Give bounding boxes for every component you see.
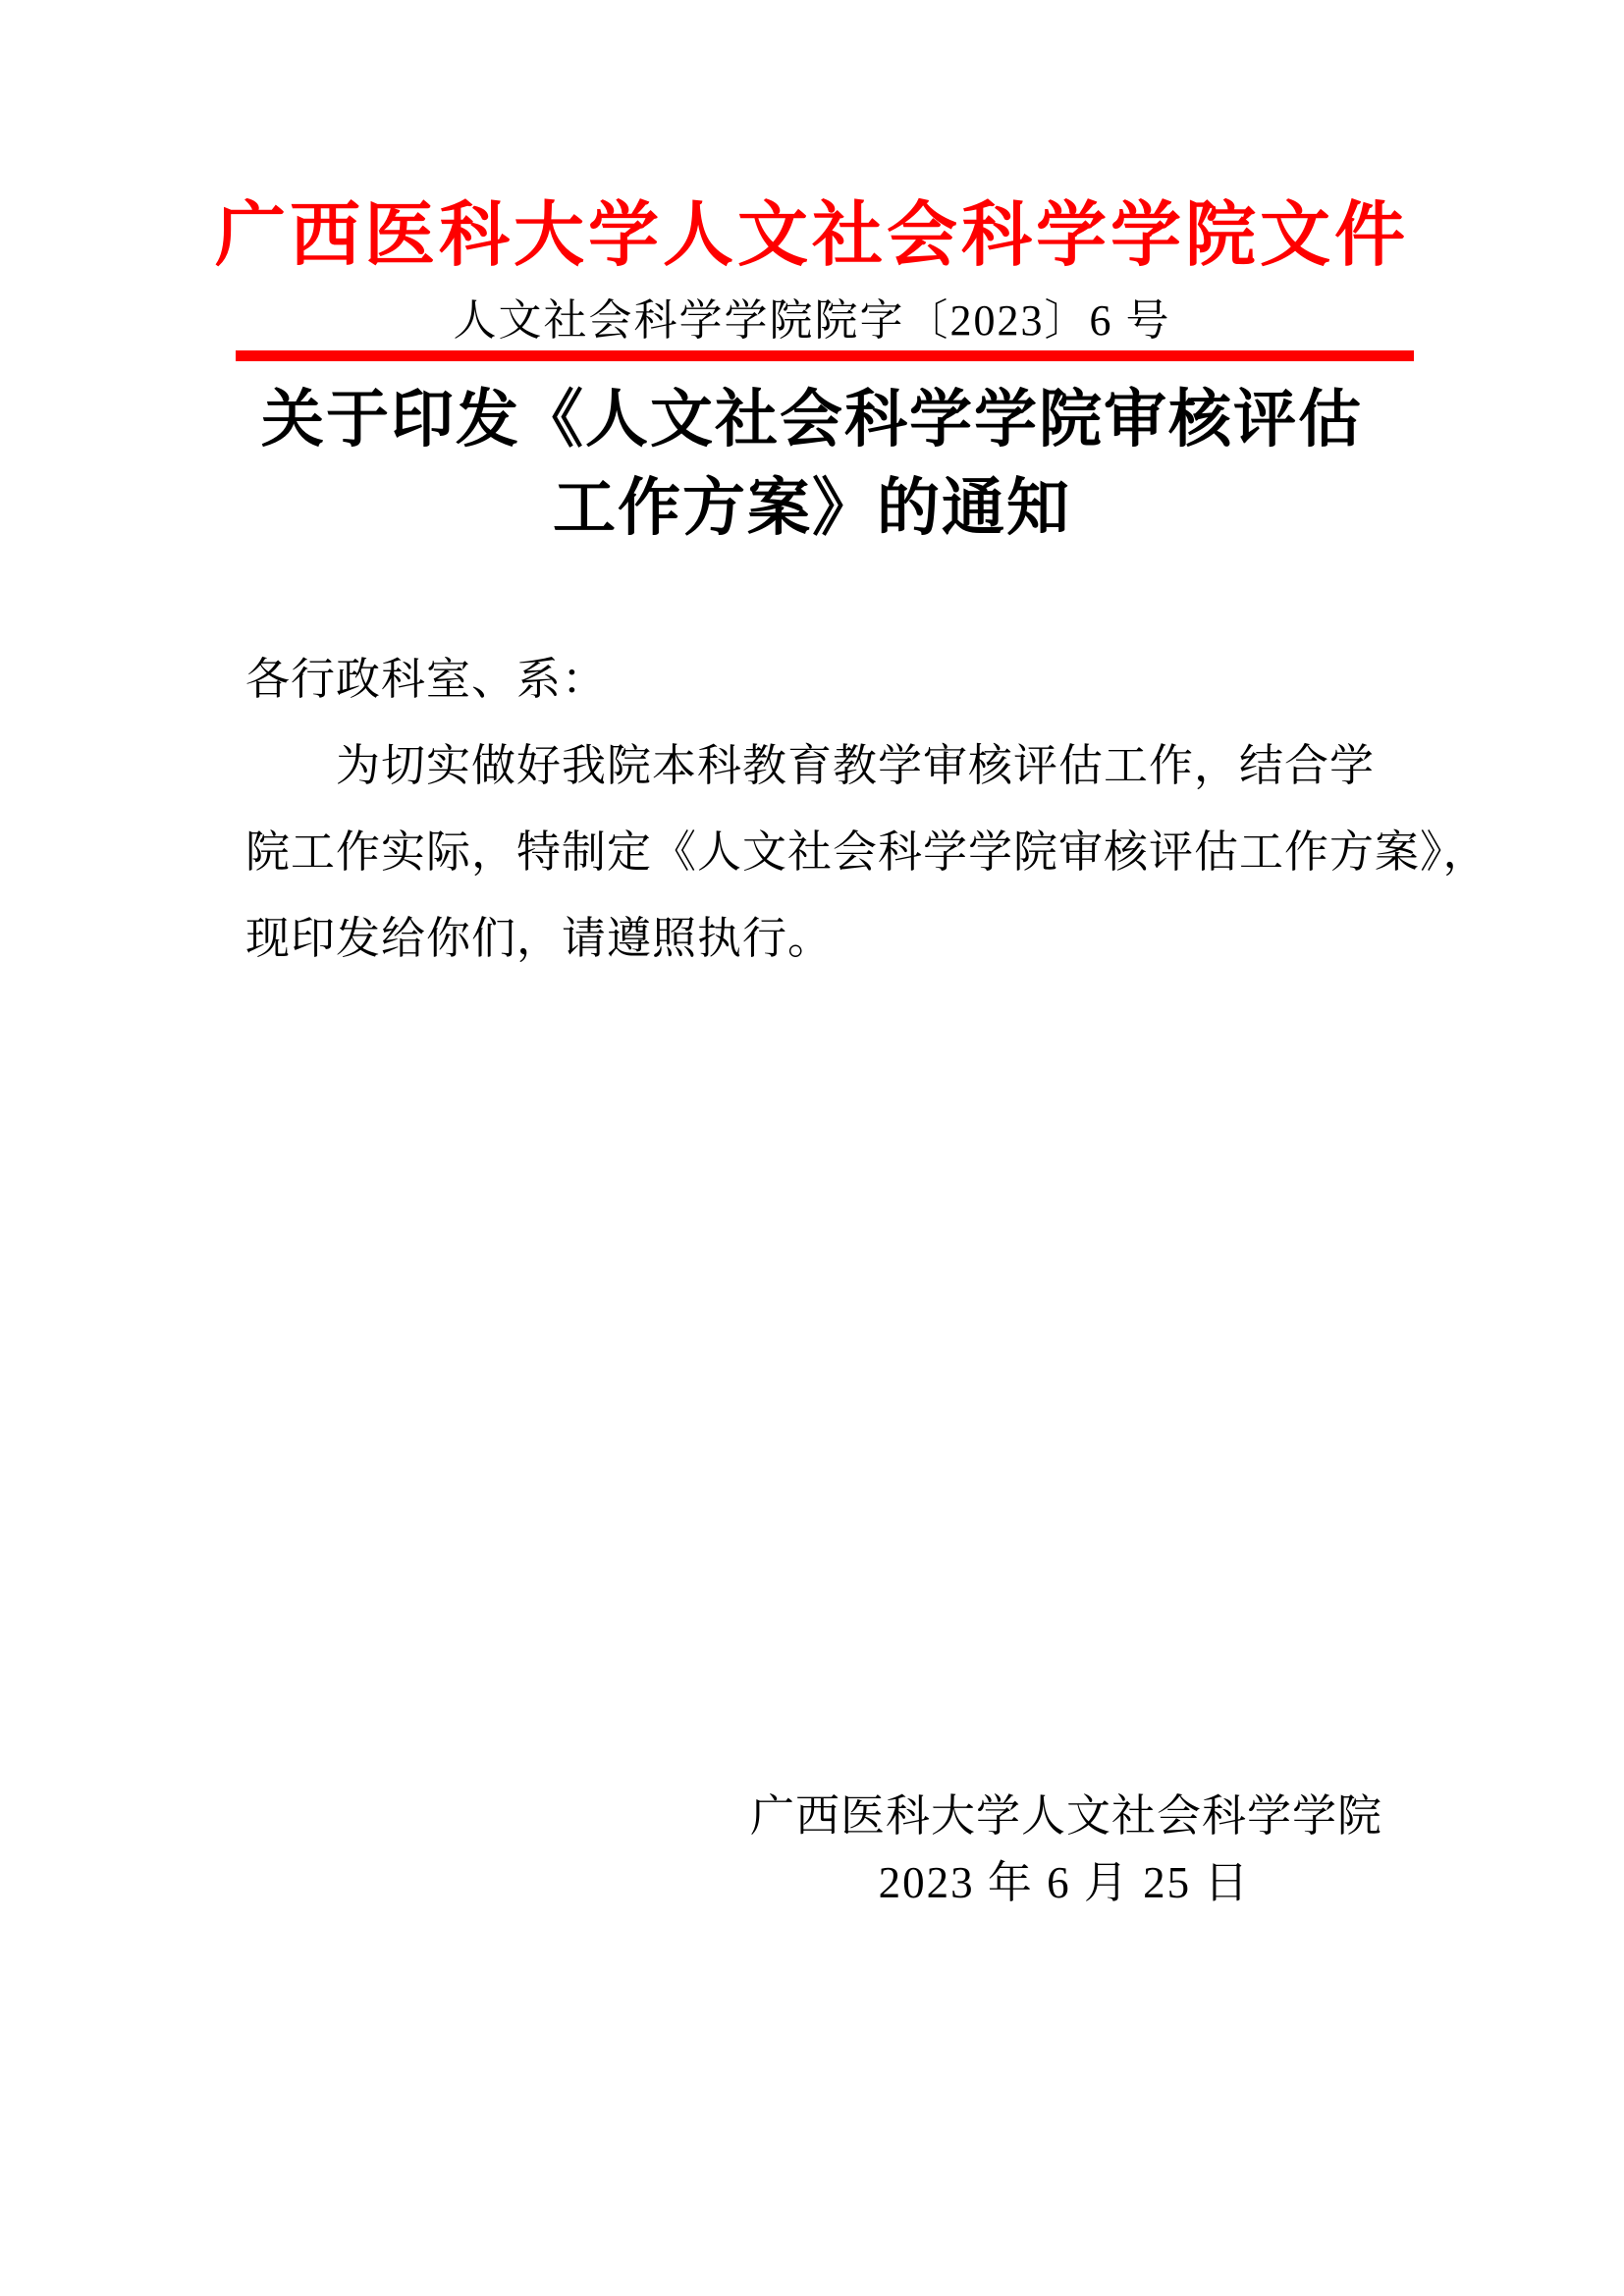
- signature-block: 广西医科大学人文社会科学学院 2023 年 6 月 25 日: [750, 1785, 1379, 1914]
- signature-date: 2023 年 6 月 25 日: [750, 1851, 1379, 1914]
- document-number: 人文社会科学学院院字〔2023〕6 号: [0, 294, 1624, 347]
- notice-title-line2: 工作方案》的通知: [0, 463, 1624, 552]
- salutation: 各行政科室、系：: [245, 636, 1420, 722]
- notice-title-line1: 关于印发《人文社会科学学院审核评估: [0, 375, 1624, 463]
- document-page: 广西医科大学人文社会科学学院文件 人文社会科学学院院字〔2023〕6 号 关于印…: [0, 0, 1624, 2296]
- document-body: 各行政科室、系： 为切实做好我院本科教育教学审核评估工作，结合学 院工作实际，特…: [245, 636, 1420, 982]
- signature-issuer: 广西医科大学人文社会科学学院: [750, 1785, 1379, 1847]
- notice-title: 关于印发《人文社会科学学院审核评估 工作方案》的通知: [0, 375, 1624, 552]
- body-line-2: 院工作实际，特制定《人文社会科学学院审核评估工作方案》，: [245, 809, 1420, 895]
- body-line-3: 现印发给你们，请遵照执行。: [245, 895, 1420, 982]
- red-separator-line: [236, 350, 1414, 361]
- body-line-1: 为切实做好我院本科教育教学审核评估工作，结合学: [245, 722, 1420, 809]
- letterhead-title: 广西医科大学人文社会科学学院文件: [0, 194, 1624, 277]
